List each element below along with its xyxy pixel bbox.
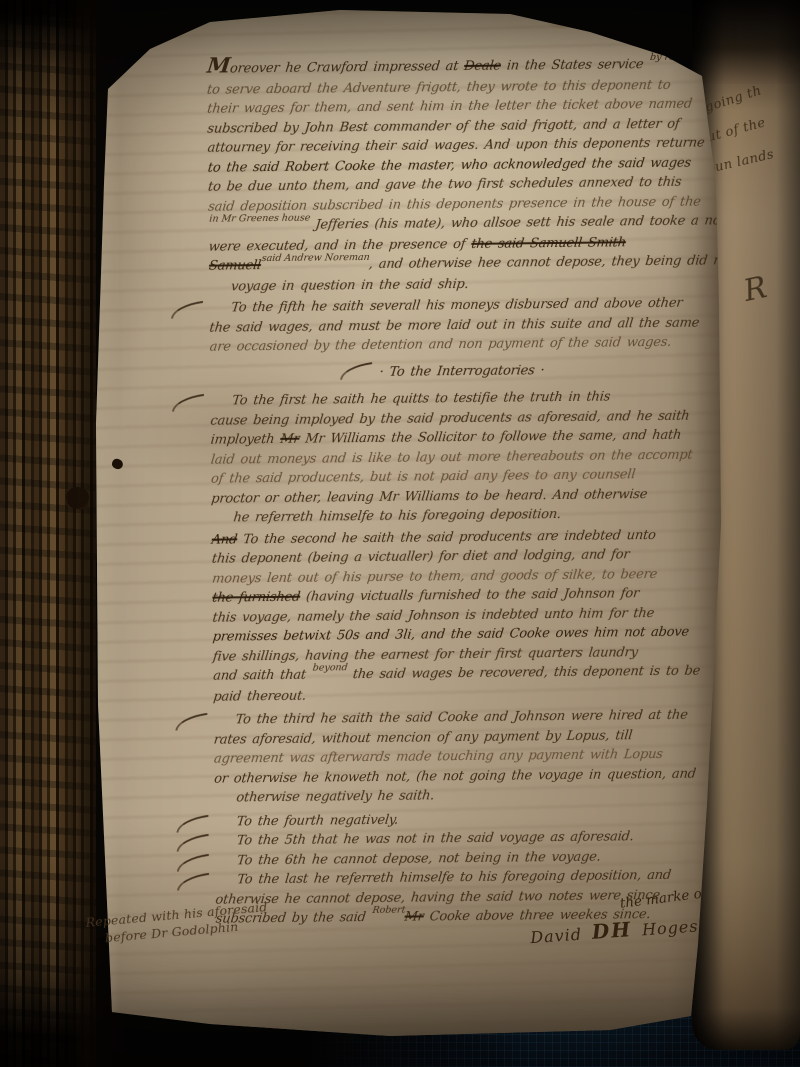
line-text: To the third he saith the said Cooke and… [235, 708, 689, 728]
strikethrough-text: And [211, 532, 238, 547]
deposition-paragraph-1: Moreover he Crawford impressed at Deale … [205, 50, 707, 296]
interlinear-insertion: in Mr Greenes house [209, 213, 311, 225]
line-text: Mr Williams the Sollicitor to followe th… [299, 428, 683, 447]
manuscript-line: are occasioned by the detention and non … [209, 332, 711, 357]
strikethrough-text: the said Samuell Smith [470, 235, 626, 252]
deposition-paragraph-5: To the third he saith the said Cooke and… [212, 705, 713, 808]
deposition-paragraph-4: And To the second he saith the said prod… [210, 525, 712, 707]
strikethrough-text: the furnished [212, 590, 301, 606]
heading-text: · To the Interrogatories · [379, 363, 546, 380]
interlinear-insertion: by reason [649, 51, 697, 63]
strikethrough-text: Mr [404, 909, 425, 924]
interlinear-insertion: Robert [372, 905, 406, 916]
line-text: To the 6th he cannot depose, not being i… [236, 849, 601, 868]
line-text: (having victualls furnished to the said … [299, 586, 640, 605]
manuscript-photograph: going th out of the y oun lands R Moreov… [0, 0, 800, 1067]
deposition-text: Moreover he Crawford impressed at Deale … [205, 50, 714, 930]
line-text: imployeth [210, 432, 281, 448]
leaf-text-fragment: going th [703, 83, 763, 115]
line-text: and saith that [212, 668, 312, 684]
deposition-paragraph-3: To the first he saith he quitts to testi… [209, 386, 710, 528]
line-text: To the second he saith the said producen… [236, 527, 656, 546]
line-text: in the States service [500, 57, 650, 74]
line-text: Moreover he Crawford impressed at [206, 59, 465, 77]
flourish-stroke [340, 362, 372, 380]
line-text: To the 5th that he was not in the said v… [236, 829, 634, 848]
line-text: To the last he referreth himselfe to his… [236, 868, 671, 888]
strikethrough-text: Deale [463, 59, 501, 74]
deponent-first-name: David [530, 925, 583, 948]
deponent-mark: DH [581, 916, 643, 944]
line-text: Jefferies (his mate), who allsoe sett hi… [315, 213, 754, 233]
line-text: To the fourth negatively. [236, 812, 399, 829]
interrogatories-heading: · To the Interrogatories · [209, 359, 675, 383]
deposition-paragraph-2: To the fifth he saith severall his money… [208, 293, 709, 357]
strikethrough-text: Mr [279, 432, 300, 447]
manuscript-line: he referreth himselfe to his foregoing d… [210, 503, 712, 528]
line-text: To the fifth he saith severall his money… [230, 296, 683, 316]
leaf-flourish: R [741, 270, 770, 309]
interlinear-insertion: said Andrew Noreman [261, 252, 370, 264]
manuscript-line: otherwise negatively he saith. [213, 783, 715, 808]
line-text: To the first he saith he quitts to testi… [231, 389, 611, 408]
strikethrough-text: Samuell [208, 258, 262, 274]
interlinear-insertion: beyond [312, 662, 348, 673]
deponent-surname: Hoges. [641, 916, 705, 939]
line-text: the said wages be recovered, this depone… [346, 663, 701, 682]
manuscript-page: Moreover he Crawford impressed at Deale … [90, 4, 726, 1046]
deponent-mark-block: the marke of DavidDHHoges. [530, 896, 707, 942]
